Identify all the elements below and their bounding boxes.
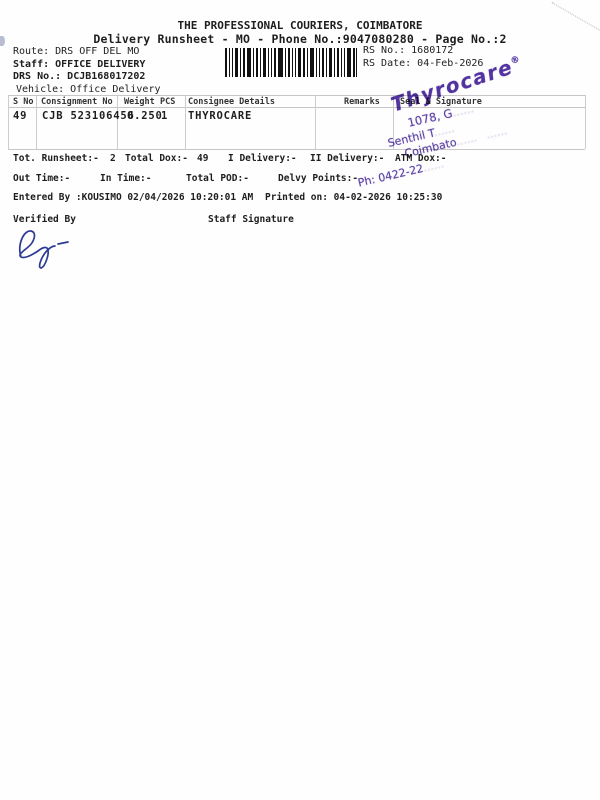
- col-header-sno: S No: [13, 98, 33, 107]
- col-header-remarks: Remarks: [344, 98, 380, 107]
- total-pod-label: Total POD:-: [186, 174, 249, 184]
- out-time-label: Out Time:-: [13, 174, 70, 184]
- page-title: THE PROFESSIONAL COURIERS, COIMBATORE: [0, 20, 600, 32]
- scanned-runsheet-page: THE PROFESSIONAL COURIERS, COIMBATORE De…: [0, 0, 600, 800]
- row-consignee: THYROCARE: [188, 111, 252, 123]
- table-border-right: [585, 95, 586, 149]
- atm-dox-label: ATM Dox:-: [395, 154, 446, 164]
- col-header-consignment: Consignment No: [41, 98, 113, 107]
- row-weight: 0.250: [127, 111, 163, 123]
- table-col-divider: [315, 95, 316, 149]
- rs-date-line: RS Date: 04-Feb-2026: [363, 58, 483, 69]
- row-sno: 49: [13, 111, 27, 123]
- delvy-points-label: Delvy Points:-: [278, 174, 358, 184]
- i-delivery-label: I Delivery:-: [228, 154, 297, 164]
- table-border-bottom: [8, 149, 585, 150]
- col-header-seal: Seal & Signature: [400, 98, 482, 107]
- registered-mark-icon: ®: [510, 54, 523, 67]
- table-col-divider: [393, 95, 394, 149]
- total-runsheet-value: 2: [110, 154, 116, 164]
- table-border-top: [8, 95, 585, 96]
- col-header-consignee: Consignee Details: [188, 98, 275, 107]
- staff-signature-label: Staff Signature: [208, 215, 294, 225]
- route-line: Route: DRS OFF DEL MO: [13, 46, 139, 57]
- col-header-weight: Weight: [124, 98, 155, 107]
- total-dox-value: 49: [197, 154, 208, 164]
- drs-no-line: DRS No.: DCJB168017202: [13, 71, 145, 82]
- rs-barcode-icon: [225, 48, 358, 77]
- stamp-address-2: Senthil T......: [387, 122, 456, 150]
- total-runsheet-label: Tot. Runsheet:-: [13, 154, 99, 164]
- vehicle-line: Vehicle: Office Delivery: [16, 84, 161, 95]
- table-border-left: [8, 95, 9, 149]
- row-pcs: 1: [161, 111, 168, 123]
- entered-by-line: Entered By :KOUSIMO 02/04/2026 10:20:01 …: [13, 193, 253, 203]
- rs-no-line: RS No.: 1680172: [363, 45, 453, 56]
- table-col-divider: [185, 95, 186, 149]
- printed-on-line: Printed on: 04-02-2026 10:25:30: [265, 193, 442, 203]
- col-header-pcs: PCS: [160, 98, 175, 107]
- verified-by-signature: [12, 224, 74, 270]
- total-dox-label: Total Dox:-: [125, 154, 188, 164]
- in-time-label: In Time:-: [100, 174, 151, 184]
- ii-delivery-label: II Delivery:-: [310, 154, 384, 164]
- staff-line: Staff: OFFICE DELIVERY: [13, 59, 145, 70]
- table-col-divider: [36, 95, 37, 149]
- page-subtitle: Delivery Runsheet - MO - Phone No.:90470…: [0, 33, 600, 46]
- row-consignment-no: CJB 523106456: [42, 111, 135, 123]
